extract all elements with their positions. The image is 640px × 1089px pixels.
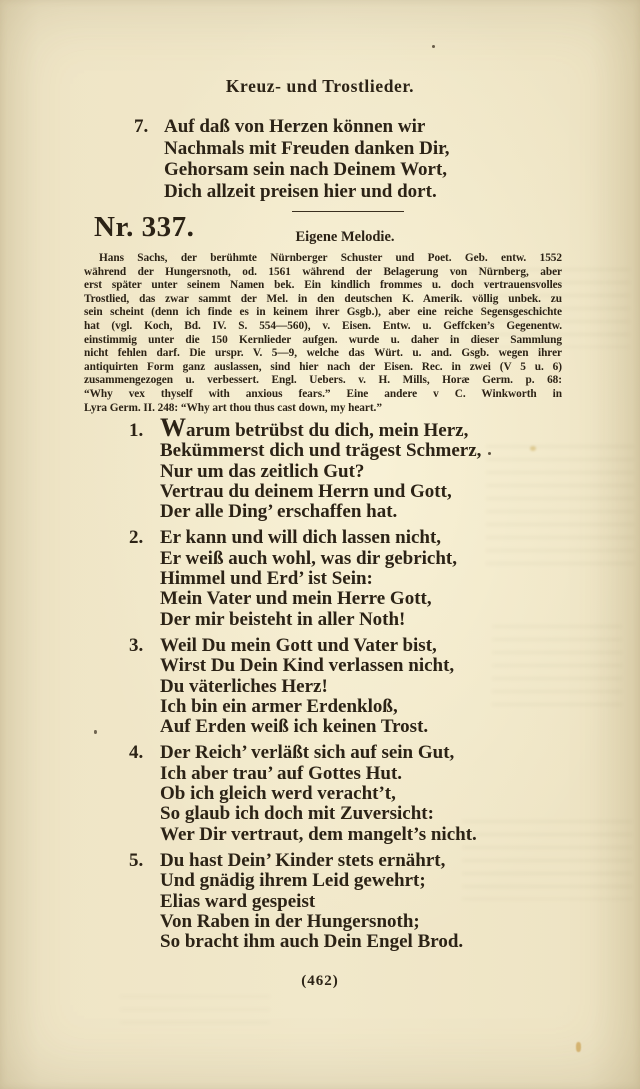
paper-stain — [576, 1042, 581, 1052]
verse-line: Elias ward gespeist — [129, 892, 481, 912]
verse-line: Der alle Ding’ erschaffen hat. — [129, 502, 481, 522]
commentary-line: Hans Sachs, der berühmte Nürnberger Schu… — [84, 252, 562, 266]
show-through-artifact — [486, 445, 634, 565]
ink-speck — [488, 452, 491, 455]
verse-line: Mein Vater und mein Herre Gott, — [129, 589, 481, 609]
verse-line: 3.Weil Du mein Gott und Vater bist, — [129, 636, 481, 656]
verse-line: Wirst Du Dein Kind verlassen nicht, — [129, 656, 481, 676]
hymn-commentary: Hans Sachs, der berühmte Nürnberger Schu… — [84, 252, 562, 415]
verse-line: So glaub ich doch mit Zuversicht: — [129, 804, 481, 824]
verse-line-text: Weil Du mein Gott und Vater bist, — [160, 635, 437, 656]
ink-speck — [94, 730, 97, 734]
hymn-number-heading: Nr. 337. — [94, 211, 194, 244]
commentary-line: hat (vgl. Koch, Bd. IV. S. 554—560), v. … — [84, 320, 562, 334]
verse-line: Nur um das zeitlich Gut? — [129, 462, 481, 482]
page-number: (462) — [0, 973, 640, 990]
verse-line: Auf Erden weiß ich keinen Trost. — [129, 717, 481, 737]
verse-number: 7. — [134, 116, 148, 138]
verse-number: 5. — [129, 851, 143, 871]
verse-number: 1. — [129, 421, 143, 441]
hymn-verse-1: 1.Warum betrübst du dich, mein Herz, Bek… — [129, 421, 481, 522]
hymn-verse-2: 2.Er kann und will dich lassen nicht, Er… — [129, 528, 481, 629]
verse-line: Von Raben in der Hungersnoth; — [129, 912, 481, 932]
verse-line: Der mir beisteht in aller Noth! — [129, 610, 481, 630]
commentary-line: erst später unter seinem Namen bek. Ein … — [84, 279, 562, 293]
verse-line: Dich allzeit preisen hier und dort. — [134, 181, 450, 203]
commentary-line: Lyra Germ. II. 248: “Why art thou thus c… — [84, 402, 562, 416]
verse-line: 7.Auf daß von Herzen können wir — [134, 116, 450, 138]
verse-line-text: Warum betrübst du dich, mein Herz, — [160, 420, 468, 441]
verse-line: Ich bin ein armer Erdenkloß, — [129, 697, 481, 717]
commentary-line: antiquirten Form ganz auslassen, sind hi… — [84, 361, 562, 375]
verse-line: 5.Du hast Dein’ Kinder stets ernährt, — [129, 851, 481, 871]
commentary-line: Trostlied, das zwar sammt der Mel. in de… — [84, 293, 562, 307]
verse-line: Himmel und Erd’ ist Sein: — [129, 569, 481, 589]
verse-line-text: Auf daß von Herzen können wir — [164, 116, 425, 137]
ink-speck — [432, 45, 435, 48]
running-head: Kreuz- und Trostlieder. — [0, 76, 640, 97]
verse-line: Und gnädig ihrem Leid gewehrt; — [129, 871, 481, 891]
verse-line-text: Der Reich’ verläßt sich auf sein Gut, — [160, 742, 454, 763]
show-through-artifact — [492, 625, 622, 715]
show-through-artifact — [120, 995, 270, 1029]
verse-number: 2. — [129, 528, 143, 548]
previous-hymn-verse-7: 7.Auf daß von Herzen können wir Nachmals… — [134, 116, 450, 202]
book-page-scan: Kreuz- und Trostlieder. 7.Auf daß von He… — [0, 0, 640, 1089]
melody-indication: Eigene Melodie. — [245, 229, 445, 246]
verse-line: 1.Warum betrübst du dich, mein Herz, — [129, 421, 481, 441]
show-through-artifact — [462, 820, 632, 900]
verse-line: Vertrau du deinem Herrn und Gott, — [129, 482, 481, 502]
verse-number: 3. — [129, 636, 143, 656]
verse-line: 4.Der Reich’ verläßt sich auf sein Gut, — [129, 743, 481, 763]
verse-line: Du väterliches Herz! — [129, 677, 481, 697]
verse-line: Bekümmerst dich und trägest Schmerz, — [129, 441, 481, 461]
verse-line-text: Er kann und will dich lassen nicht, — [160, 527, 441, 548]
commentary-line: zusammengezogen u. verbessert. Engl. Ueb… — [84, 374, 562, 388]
verse-line-text: Du hast Dein’ Kinder stets ernährt, — [160, 850, 445, 871]
verse-line: Wer Dir vertraut, dem mangelt’s nicht. — [129, 825, 481, 845]
verse-number: 4. — [129, 743, 143, 763]
commentary-line: sein scheint (denn ich finde es in keine… — [84, 306, 562, 320]
verse-line: Er weiß auch wohl, was dir gebricht, — [129, 549, 481, 569]
commentary-line: während der Hungersnoth, od. 1561 währen… — [84, 266, 562, 280]
hymn-verse-3: 3.Weil Du mein Gott und Vater bist, Wirs… — [129, 636, 481, 737]
paper-stain — [530, 446, 536, 451]
section-divider-rule — [292, 211, 404, 212]
verse-line: Nachmals mit Freuden danken Dir, — [134, 138, 450, 160]
commentary-line: einstimmig unter die 150 Kernlieder aufg… — [84, 334, 562, 348]
verse-line: 2.Er kann und will dich lassen nicht, — [129, 528, 481, 548]
commentary-line: nicht fehlen darf. Die urspr. V. 5—9, we… — [84, 347, 562, 361]
hymn-verse-5: 5.Du hast Dein’ Kinder stets ernährt, Un… — [129, 851, 481, 952]
verse-line: Ich aber trau’ auf Gottes Hut. — [129, 764, 481, 784]
hymn-verses: 1.Warum betrübst du dich, mein Herz, Bek… — [129, 421, 481, 958]
verse-line: Ob ich gleich werd veracht’t, — [129, 784, 481, 804]
hymn-verse-4: 4.Der Reich’ verläßt sich auf sein Gut, … — [129, 743, 481, 844]
verse-line: Gehorsam sein nach Deinem Wort, — [134, 159, 450, 181]
verse-line: So bracht ihm auch Dein Engel Brod. — [129, 932, 481, 952]
commentary-line: “Why vex thyself with anxious fears.” Ei… — [84, 388, 562, 402]
